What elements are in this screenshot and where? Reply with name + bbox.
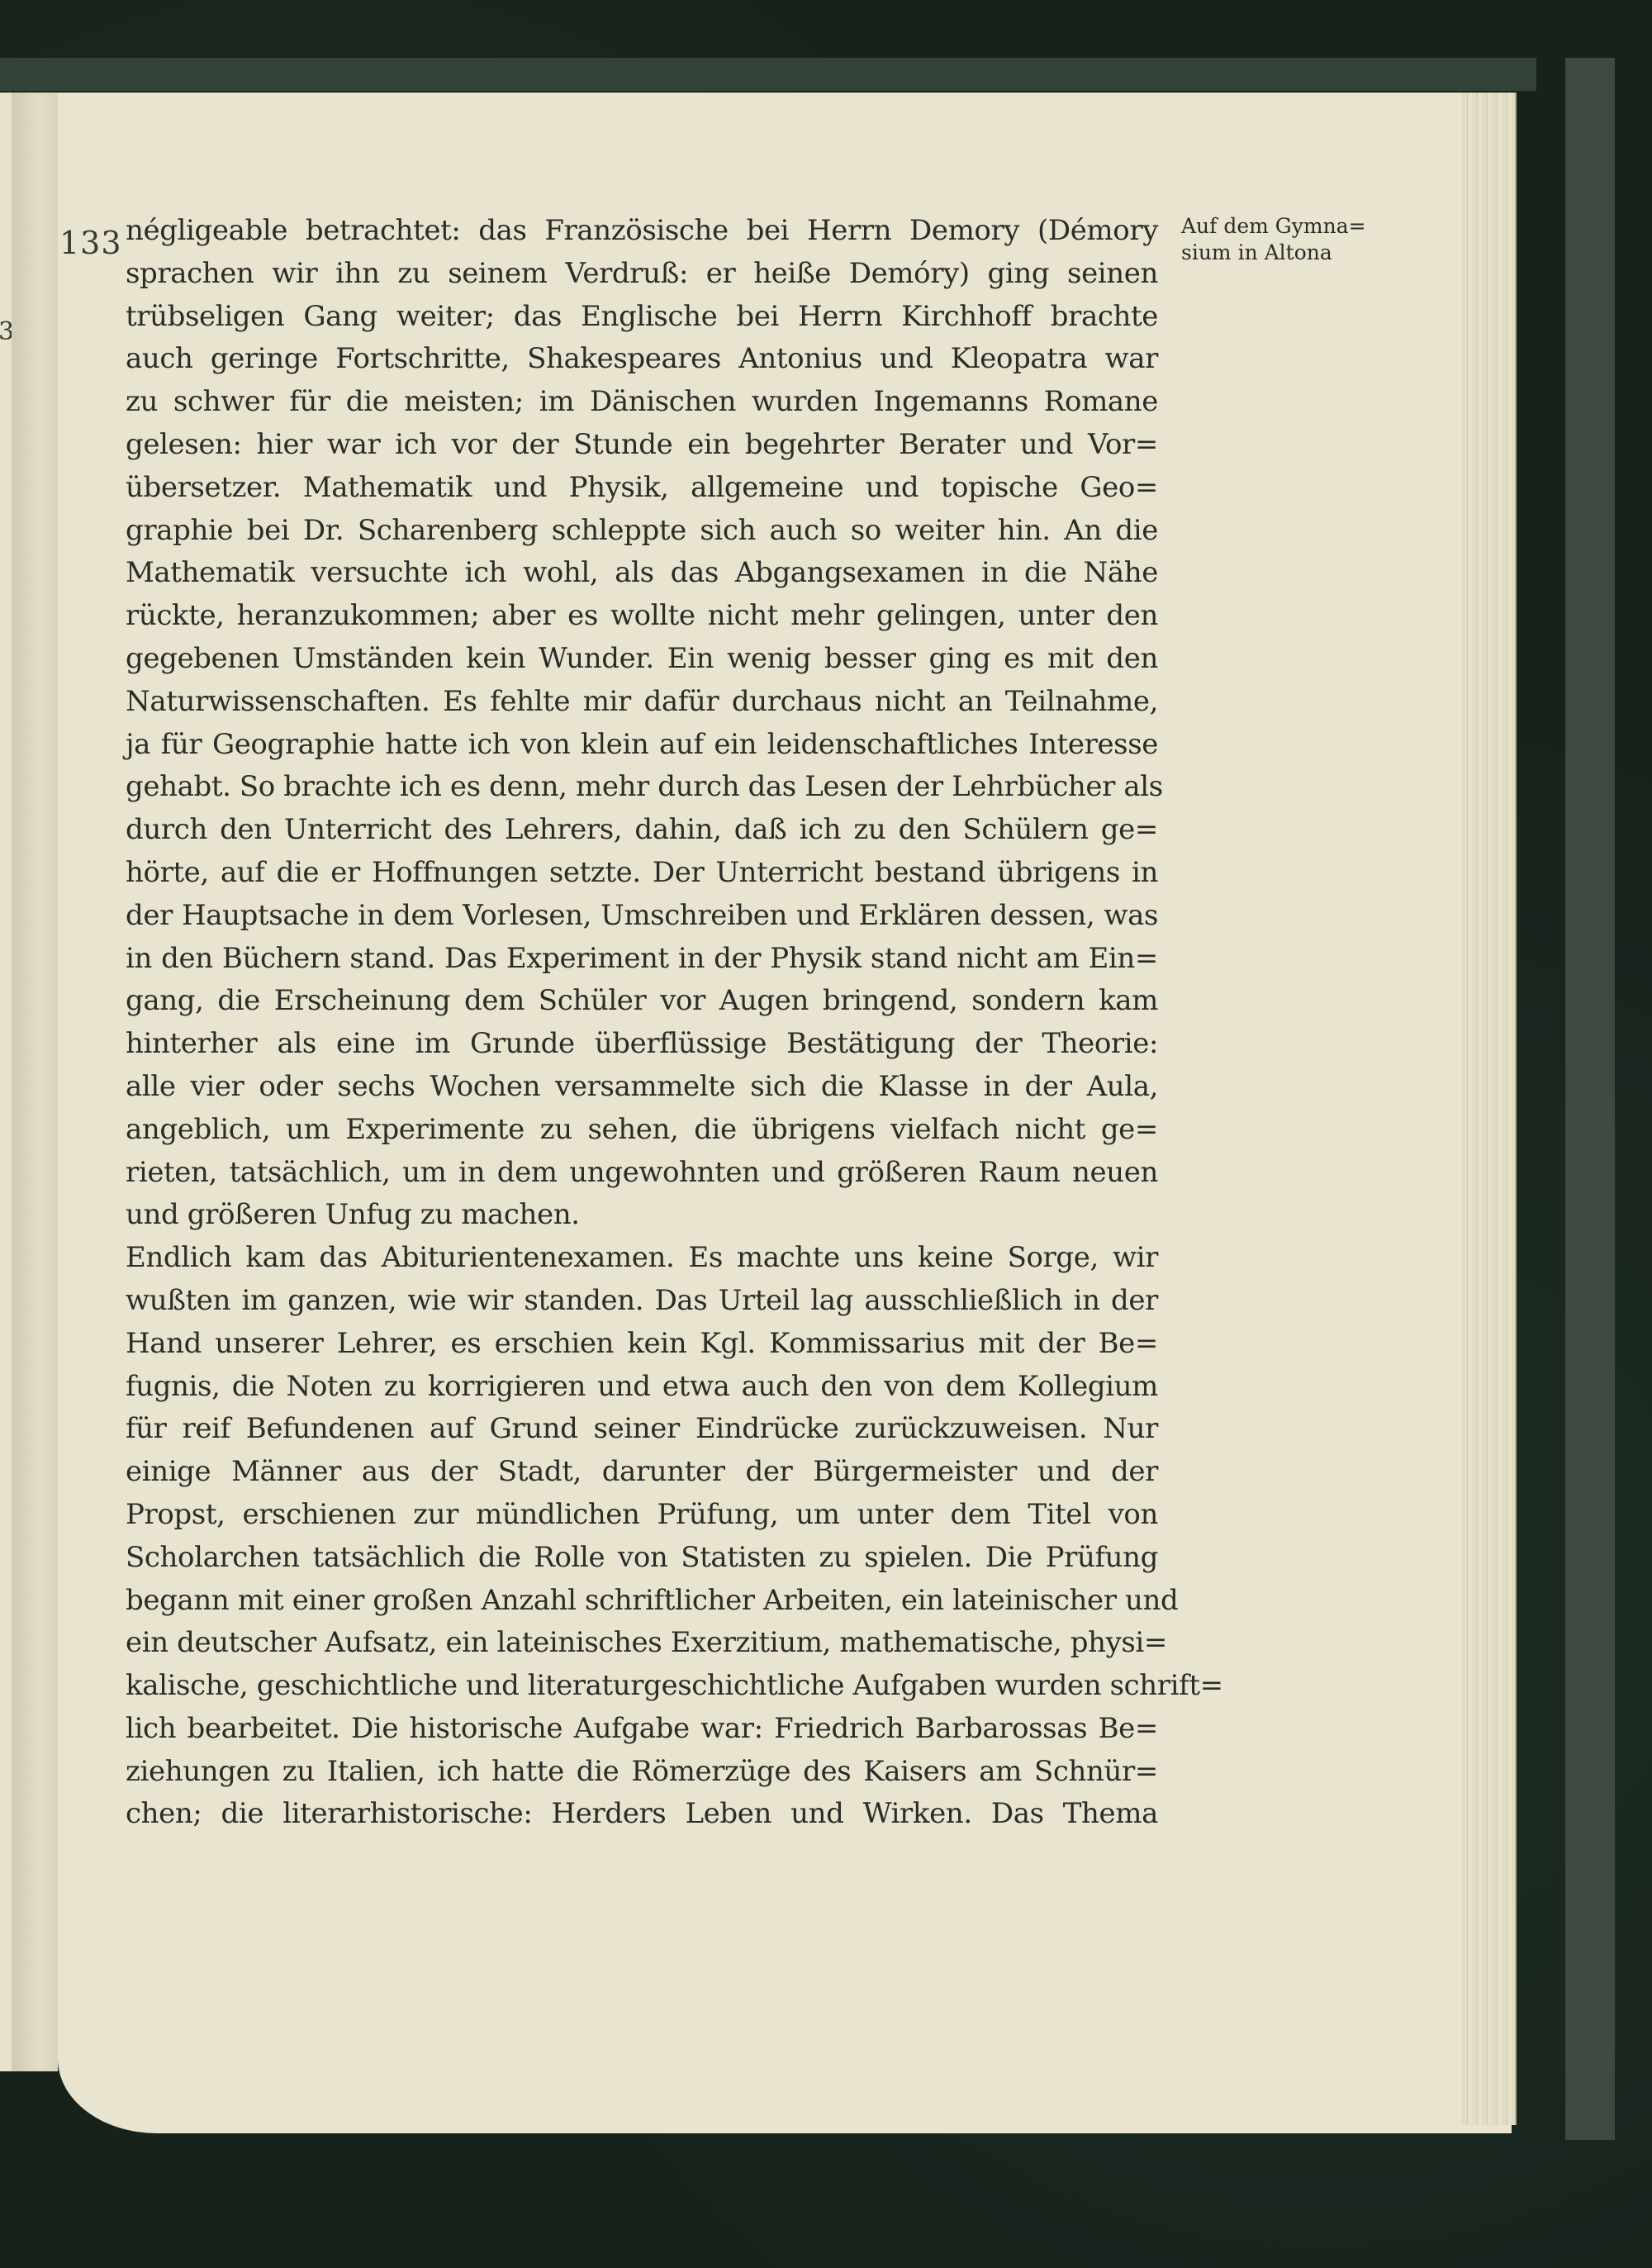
text-line: alle vier oder sechs Wochen versammelte … bbox=[126, 1066, 1158, 1109]
margin-note-line: sium in Altona bbox=[1181, 240, 1412, 266]
text-line: Naturwissenschaften. Es fehlte mir dafür… bbox=[126, 681, 1158, 724]
text-line: Endlich kam das Abiturientenexamen. Es m… bbox=[126, 1237, 1158, 1280]
text-line: chen; die literarhistorische: Herders Le… bbox=[126, 1793, 1158, 1836]
text-line: ziehungen zu Italien, ich hatte die Röme… bbox=[126, 1751, 1158, 1794]
text-line: für reif Befundenen auf Grund seiner Ein… bbox=[126, 1408, 1158, 1451]
previous-page-edge: 32 bbox=[0, 93, 12, 2071]
text-line: trübseligen Gang weiter; das Englische b… bbox=[126, 296, 1158, 339]
text-line: ein deutscher Aufsatz, ein lateinisches … bbox=[126, 1622, 1158, 1665]
text-line: hörte, auf die er Hoffnungen setzte. Der… bbox=[126, 852, 1158, 895]
text-line: rückte, heranzukommen; aber es wollte ni… bbox=[126, 595, 1158, 638]
text-line: lich bearbeitet. Die historische Aufgabe… bbox=[126, 1708, 1158, 1751]
book-gutter bbox=[12, 93, 58, 2071]
text-line: fugnis, die Noten zu korrigieren und etw… bbox=[126, 1366, 1158, 1409]
text-line: durch den Unterricht des Lehrers, dahin,… bbox=[126, 809, 1158, 852]
text-line: ja für Geographie hatte ich von klein au… bbox=[126, 724, 1158, 767]
margin-note: Auf dem Gymna= sium in Altona bbox=[1181, 213, 1412, 266]
text-line: hinterher als eine im Grunde überflüssig… bbox=[126, 1023, 1158, 1066]
book-cover-top-edge bbox=[0, 58, 1536, 91]
text-line: gehabt. So brachte ich es denn, mehr dur… bbox=[126, 766, 1158, 809]
text-line: einige Männer aus der Stadt, darunter de… bbox=[126, 1451, 1158, 1494]
text-line: in den Büchern stand. Das Experiment in … bbox=[126, 938, 1158, 981]
text-line: graphie bei Dr. Scharenberg schleppte si… bbox=[126, 510, 1158, 553]
text-line: angeblich, um Experimente zu sehen, die … bbox=[126, 1109, 1158, 1152]
text-line: der Hauptsache in dem Vorlesen, Umschrei… bbox=[126, 895, 1158, 938]
margin-note-line: Auf dem Gymna= bbox=[1181, 213, 1412, 240]
text-line: übersetzer. Mathematik und Physik, allge… bbox=[126, 467, 1158, 510]
text-line: Propst, erschienen zur mündlichen Prüfun… bbox=[126, 1494, 1158, 1537]
text-line: Scholarchen tatsächlich die Rolle von St… bbox=[126, 1537, 1158, 1580]
text-line: zu schwer für die meisten; im Dänischen … bbox=[126, 381, 1158, 424]
text-line: begann mit einer großen Anzahl schriftli… bbox=[126, 1580, 1158, 1623]
text-line: rieten, tatsächlich, um in dem ungewohnt… bbox=[126, 1152, 1158, 1195]
text-line: gelesen: hier war ich vor der Stunde ein… bbox=[126, 424, 1158, 467]
page-stack-edge bbox=[1462, 93, 1517, 2125]
text-line: auch geringe Fortschritte, Shakespeares … bbox=[126, 338, 1158, 381]
text-line: wußten im ganzen, wie wir standen. Das U… bbox=[126, 1280, 1158, 1323]
text-line: Hand unserer Lehrer, es erschien kein Kg… bbox=[126, 1323, 1158, 1366]
text-line: gang, die Erscheinung dem Schüler vor Au… bbox=[126, 980, 1158, 1023]
text-line: négligeable betrachtet: das Französische… bbox=[126, 210, 1158, 253]
body-text: négligeable betrachtet: das Französische… bbox=[126, 210, 1158, 1836]
text-line: und größeren Unfug zu machen. bbox=[126, 1194, 1158, 1237]
text-line: kalische, geschichtliche und literaturge… bbox=[126, 1665, 1158, 1708]
text-line: sprachen wir ihn zu seinem Verdruß: er h… bbox=[126, 253, 1158, 296]
book-cover-right-edge bbox=[1565, 58, 1615, 2140]
page-number: 133 bbox=[59, 225, 122, 261]
text-line: Mathematik versuchte ich wohl, als das A… bbox=[126, 552, 1158, 595]
text-line: gegebenen Umständen kein Wunder. Ein wen… bbox=[126, 638, 1158, 681]
